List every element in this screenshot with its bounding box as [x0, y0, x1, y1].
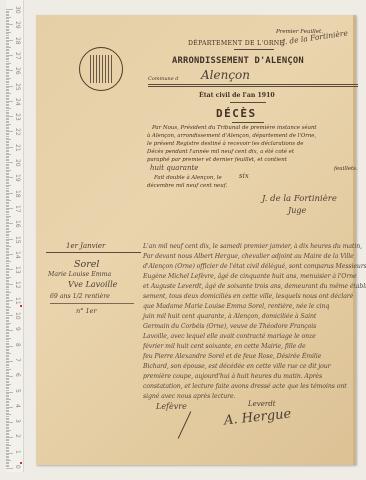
ruler-tick — [6, 55, 13, 56]
ruler-tick — [6, 246, 11, 247]
ruler-tick — [6, 38, 9, 39]
ruler-tick — [6, 24, 13, 25]
ruler-tick — [6, 453, 13, 454]
ruler-tick — [6, 171, 9, 172]
act-line: Eugène Michel Lefèvre, âgé de cinquante … — [143, 273, 357, 280]
ruler-tick — [6, 157, 9, 158]
ruler-label: 19 — [14, 174, 21, 182]
ruler-tick — [6, 180, 9, 181]
ruler-tick — [6, 298, 9, 299]
ruler-tick — [6, 434, 9, 435]
ruler-tick — [6, 92, 9, 93]
ruler-label: 3 — [14, 419, 21, 423]
ruler-tick — [6, 200, 11, 201]
ruler-tick — [6, 286, 9, 287]
ruler-tick — [6, 124, 11, 125]
ruler-tick — [6, 390, 9, 391]
ruler-tick — [6, 365, 9, 366]
ruler-tick — [6, 17, 11, 18]
ruler-tick — [6, 122, 9, 123]
ruler-tick — [6, 416, 9, 417]
measurement-ruler: 3029282726252423222120191817161514131211… — [6, 0, 24, 472]
ruler-tick — [6, 297, 9, 298]
ruler-tick — [6, 18, 9, 19]
ruler-tick — [6, 271, 9, 272]
ruler-tick — [6, 408, 9, 409]
ruler-tick — [6, 32, 11, 33]
ruler-tick — [6, 165, 9, 166]
ruler-tick — [6, 232, 9, 233]
ruler-tick — [6, 222, 9, 223]
ruler-tick — [6, 289, 9, 290]
ruler-tick — [6, 69, 9, 70]
ruler-tick — [6, 367, 9, 368]
ruler-tick — [6, 358, 9, 359]
margin-spouse: Vve Lavoille — [68, 280, 117, 289]
ruler-tick — [6, 84, 9, 85]
witness-signature-2: Leverdt — [248, 400, 276, 408]
act-line: et Auguste Leverdt, âgé de soixante troi… — [143, 283, 366, 290]
ruler-tick — [6, 139, 11, 140]
ruler-tick — [6, 258, 9, 259]
ruler-tick — [6, 413, 9, 414]
ruler-tick — [6, 381, 9, 382]
ruler-tick — [6, 194, 9, 195]
ruler-tick — [6, 133, 9, 134]
republique-francaise-seal — [79, 47, 123, 91]
ruler-tick — [6, 369, 11, 370]
ruler-tick — [6, 59, 9, 60]
ruler-tick — [6, 193, 13, 194]
ruler-tick — [6, 177, 13, 178]
ruler-tick — [6, 29, 9, 30]
ruler-tick — [6, 115, 9, 116]
ruler-tick — [6, 37, 9, 38]
ruler-tick — [6, 150, 9, 151]
margin-rule — [46, 252, 141, 253]
ruler-tick — [6, 312, 9, 313]
ruler-tick — [6, 20, 9, 21]
ruler-tick — [6, 283, 9, 284]
ruler-tick — [6, 43, 9, 44]
ruler-tick — [6, 466, 9, 467]
ruler-tick — [6, 382, 9, 383]
ruler-tick — [6, 179, 9, 180]
done-at-label: Fait double à Alençon, le — [154, 175, 222, 181]
act-line: Lavoille, avec lequel elle avait contrac… — [143, 333, 316, 340]
judge-signature: J. de la Fortinière — [262, 194, 337, 204]
ruler-tick — [6, 118, 9, 119]
ruler-tick — [6, 27, 9, 28]
ruler-tick — [6, 90, 9, 91]
ruler-tick — [6, 79, 9, 80]
ruler-tick — [6, 252, 9, 253]
ruler-tick — [6, 23, 9, 24]
act-line: sement, tous deux domiciliés en cette vi… — [143, 293, 353, 300]
ruler-tick — [6, 355, 9, 356]
ruler-label: 0 — [14, 465, 21, 469]
margin-underline — [50, 303, 134, 304]
ruler-tick — [6, 128, 9, 129]
ruler-tick — [6, 164, 9, 165]
ruler-tick — [6, 379, 9, 380]
ruler-tick — [6, 321, 9, 322]
ruler-tick — [6, 33, 9, 34]
ruler-tick — [6, 398, 9, 399]
ruler-tick — [6, 251, 9, 252]
ruler-tick — [6, 14, 9, 15]
ruler-tick — [6, 313, 9, 314]
ruler-tick — [6, 170, 11, 171]
ruler-tick — [6, 75, 9, 76]
ruler-tick — [6, 190, 9, 191]
ruler-tick — [6, 242, 9, 243]
ruler-label: 18 — [14, 190, 21, 198]
ruler-tick — [6, 130, 9, 131]
ruler-tick — [6, 257, 9, 258]
ruler-tick — [6, 263, 9, 264]
ruler-tick — [6, 214, 9, 215]
ruler-tick — [6, 105, 9, 106]
ruler-tick — [6, 162, 13, 163]
ruler-tick — [6, 50, 9, 51]
ruler-tick — [6, 330, 13, 331]
ruler-tick — [6, 116, 13, 117]
ruler-tick — [6, 101, 13, 102]
ruler-tick — [6, 199, 9, 200]
ruler-tick — [6, 269, 13, 270]
ruler-tick — [6, 41, 9, 42]
ruler-tick — [6, 370, 9, 371]
ruler-tick — [6, 407, 13, 408]
margin-age-place: 69 ans 1/2 rentière — [50, 293, 110, 300]
ruler-tick — [6, 385, 9, 386]
ruler-label: 14 — [14, 251, 21, 259]
ruler-tick — [6, 15, 9, 16]
ruler-label: 27 — [14, 52, 21, 60]
ruler-tick — [6, 53, 9, 54]
ruler-tick — [6, 445, 11, 446]
ruler-tick — [6, 235, 9, 236]
done-day: six — [239, 172, 249, 180]
ruler-tick — [6, 208, 13, 209]
ruler-tick — [6, 343, 9, 344]
ruler-tick — [6, 395, 9, 396]
ruler-red-mark — [20, 305, 22, 307]
margin-surname: Sorel — [74, 259, 99, 270]
ruler-label: 28 — [14, 37, 21, 45]
judge-title: Juge — [288, 206, 306, 215]
ruler-tick — [6, 465, 9, 466]
ruler-tick — [6, 284, 13, 285]
ruler-tick — [6, 93, 11, 94]
ruler-tick — [6, 326, 9, 327]
ruler-label: 25 — [14, 83, 21, 91]
act-line: que Madame Marie Louise Emma Sorel, rent… — [143, 303, 329, 310]
signature-stroke — [178, 411, 192, 439]
ruler-label: 30 — [14, 6, 21, 14]
ruler-label: 5 — [14, 389, 21, 393]
ruler-tick — [6, 387, 9, 388]
ruler-tick — [6, 353, 11, 354]
ruler-tick — [6, 346, 13, 347]
document-title: DÉCÈS — [216, 107, 257, 120]
ruler-tick — [6, 372, 9, 373]
ruler-tick — [6, 191, 9, 192]
ruler-tick — [6, 462, 9, 463]
act-line: feu Pierre Alexandre Sorel et de feue Ro… — [143, 353, 321, 360]
done-date: décembre mil neuf cent neuf. — [147, 183, 227, 189]
ruler-tick — [6, 231, 11, 232]
ruler-tick — [6, 332, 9, 333]
ruler-tick — [6, 110, 9, 111]
ruler-tick — [6, 411, 9, 412]
ruler-tick — [6, 185, 11, 186]
ruler-tick — [6, 401, 9, 402]
ruler-tick — [6, 318, 9, 319]
ruler-tick — [6, 160, 9, 161]
ruler-tick — [6, 419, 9, 420]
ruler-tick — [6, 205, 9, 206]
ruler-tick — [6, 219, 9, 220]
commune-label: Commune d — [148, 76, 179, 82]
ruler-tick — [6, 347, 9, 348]
ruler-tick — [6, 223, 13, 224]
ruler-tick — [6, 70, 13, 71]
ruler-tick — [6, 418, 9, 419]
act-line: signé avec nous après lecture. — [143, 393, 235, 400]
act-number: n° 1er — [76, 307, 97, 315]
divider — [234, 49, 274, 50]
ruler-tick — [6, 131, 13, 132]
ruler-tick — [6, 306, 9, 307]
ruler-tick — [6, 439, 9, 440]
ruler-tick — [6, 154, 11, 155]
ruler-tick — [6, 173, 9, 174]
ruler-tick — [6, 243, 9, 244]
ruler-tick — [6, 456, 9, 457]
ruler-tick — [6, 431, 9, 432]
ruler-tick — [6, 393, 9, 394]
preamble-line: Par Nous, Président du Tribunal de premi… — [152, 125, 317, 131]
ruler-tick — [6, 113, 9, 114]
ruler-tick — [6, 174, 9, 175]
folio-suffix: feuillets. — [334, 166, 358, 172]
folio-count-handwritten: huit quarante — [150, 164, 198, 172]
ruler-tick — [6, 329, 9, 330]
ruler-tick — [6, 339, 9, 340]
ruler-tick — [6, 338, 11, 339]
ruler-tick — [6, 427, 9, 428]
ruler-tick — [6, 9, 13, 10]
ruler-tick — [6, 440, 9, 441]
ruler-label: 7 — [14, 358, 21, 362]
ruler-tick — [6, 234, 9, 235]
act-line: Par devant nous Albert Hergue, chevalier… — [143, 253, 354, 260]
ruler-tick — [6, 248, 9, 249]
ruler-red-mark — [20, 462, 22, 464]
ruler-tick — [6, 292, 11, 293]
ruler-tick — [6, 344, 9, 345]
ruler-tick — [6, 404, 9, 405]
ruler-tick — [6, 274, 9, 275]
ruler-tick — [6, 304, 9, 305]
ruler-tick — [6, 425, 9, 426]
ruler-tick — [6, 127, 9, 128]
ruler-tick — [6, 197, 9, 198]
ruler-tick — [6, 217, 9, 218]
ruler-tick — [6, 67, 9, 68]
preamble-line: paraphé par premier et dernier feuillet,… — [147, 157, 287, 163]
ruler-tick — [6, 405, 9, 406]
ruler-tick — [6, 280, 9, 281]
ruler-tick — [6, 468, 13, 469]
ruler-tick — [6, 188, 9, 189]
ruler-label: 20 — [14, 159, 21, 167]
preamble-line: Décès pendant l'année mil neuf cent dix,… — [147, 149, 294, 155]
ruler-tick — [6, 11, 9, 12]
ruler-tick — [6, 21, 9, 22]
ruler-tick — [6, 362, 9, 363]
ruler-tick — [6, 309, 9, 310]
ruler-tick — [6, 327, 9, 328]
ruler-tick — [6, 463, 9, 464]
ruler-tick — [6, 373, 9, 374]
ruler-label: 13 — [14, 266, 21, 274]
ruler-tick — [6, 307, 11, 308]
ruler-tick — [6, 460, 11, 461]
ruler-tick — [6, 240, 9, 241]
ruler-tick — [6, 266, 9, 267]
ruler-tick — [6, 76, 9, 77]
ruler-tick — [6, 121, 9, 122]
ruler-tick — [6, 107, 9, 108]
year-label: État civil de l'an 1910 — [199, 92, 275, 99]
ruler-tick — [6, 451, 9, 452]
ruler-tick — [6, 61, 9, 62]
ruler-tick — [6, 410, 9, 411]
ruler-tick — [6, 433, 9, 434]
ruler-tick — [6, 148, 9, 149]
ruler-tick — [6, 255, 9, 256]
act-line: d'Alençon (Orne) officier de l'état civi… — [143, 263, 366, 270]
ruler-tick — [6, 78, 11, 79]
ruler-label: 26 — [14, 67, 21, 75]
ruler-tick — [6, 448, 9, 449]
ruler-tick — [6, 335, 9, 336]
ruler-label: 8 — [14, 343, 21, 347]
ruler-tick — [6, 294, 9, 295]
ruler-tick — [6, 99, 9, 100]
ruler-tick — [6, 156, 9, 157]
ruler-tick — [6, 56, 9, 57]
ruler-tick — [6, 44, 9, 45]
ruler-tick — [6, 49, 9, 50]
ruler-label: 22 — [14, 128, 21, 136]
ruler-tick — [6, 414, 11, 415]
preamble-line: à Alençon, arrondissement d'Alençon, dép… — [147, 133, 316, 139]
ruler-tick — [6, 159, 9, 160]
ruler-tick — [6, 211, 9, 212]
ruler-tick — [6, 225, 9, 226]
ruler-tick — [6, 323, 11, 324]
ruler-tick — [6, 388, 9, 389]
ruler-tick — [6, 176, 9, 177]
ruler-tick — [6, 73, 9, 74]
seal-figure-icon — [90, 55, 112, 83]
ruler-label: 23 — [14, 113, 21, 121]
act-line: Bichard, son épouse, est décédée en cett… — [143, 363, 331, 370]
ruler-tick — [6, 350, 9, 351]
ruler-tick — [6, 47, 11, 48]
ruler-tick — [6, 437, 13, 438]
ruler-tick — [6, 153, 9, 154]
ruler-tick — [6, 64, 9, 65]
ruler-tick — [6, 277, 11, 278]
ruler-label: 11 — [14, 297, 21, 305]
ruler-tick — [6, 229, 9, 230]
ruler-tick — [6, 260, 9, 261]
ruler-tick — [6, 317, 9, 318]
ruler-tick — [6, 356, 9, 357]
ruler-tick — [6, 295, 9, 296]
ruler-label: 4 — [14, 404, 21, 408]
ruler-tick — [6, 202, 9, 203]
ruler-tick — [6, 209, 9, 210]
ruler-tick — [6, 375, 9, 376]
margin-given-names: Marie Louise Emma — [48, 271, 111, 278]
ruler-label: 15 — [14, 236, 21, 244]
officer-signature: A. Hergue — [223, 407, 291, 429]
ruler-tick — [6, 220, 9, 221]
ruler-tick — [6, 384, 11, 385]
ruler-tick — [6, 26, 9, 27]
ruler-tick — [6, 102, 9, 103]
ruler-tick — [6, 167, 9, 168]
ruler-tick — [6, 40, 13, 41]
ruler-tick — [6, 268, 9, 269]
ruler-tick — [6, 182, 9, 183]
act-line: Germain du Corbéis (Orne), veuve de Théo… — [143, 323, 316, 330]
header-rule — [148, 84, 358, 85]
ruler-tick — [6, 315, 13, 316]
ruler-tick — [6, 352, 9, 353]
ruler-tick — [6, 63, 11, 64]
ruler-tick — [6, 430, 11, 431]
ruler-tick — [6, 145, 9, 146]
ruler-label: 17 — [14, 205, 21, 213]
ruler-tick — [6, 228, 9, 229]
ruler-tick — [6, 125, 9, 126]
ruler-tick — [6, 261, 11, 262]
ruler-tick — [6, 46, 9, 47]
ruler-label: 16 — [14, 220, 21, 228]
ruler-tick — [6, 134, 9, 135]
act-line: juin mil huit cent quarante, à Alençon, … — [143, 313, 316, 320]
ruler-tick — [6, 402, 9, 403]
ruler-tick — [6, 349, 9, 350]
ruler-tick — [6, 144, 9, 145]
ruler-tick — [6, 147, 13, 148]
ruler-tick — [6, 136, 9, 137]
ruler-label: 29 — [14, 21, 21, 29]
ruler-tick — [6, 239, 13, 240]
ruler-tick — [6, 447, 9, 448]
ruler-tick — [6, 303, 9, 304]
witness-signature-1: Lefèvre — [156, 402, 187, 411]
ruler-tick — [6, 87, 9, 88]
ruler-label: 6 — [14, 373, 21, 377]
